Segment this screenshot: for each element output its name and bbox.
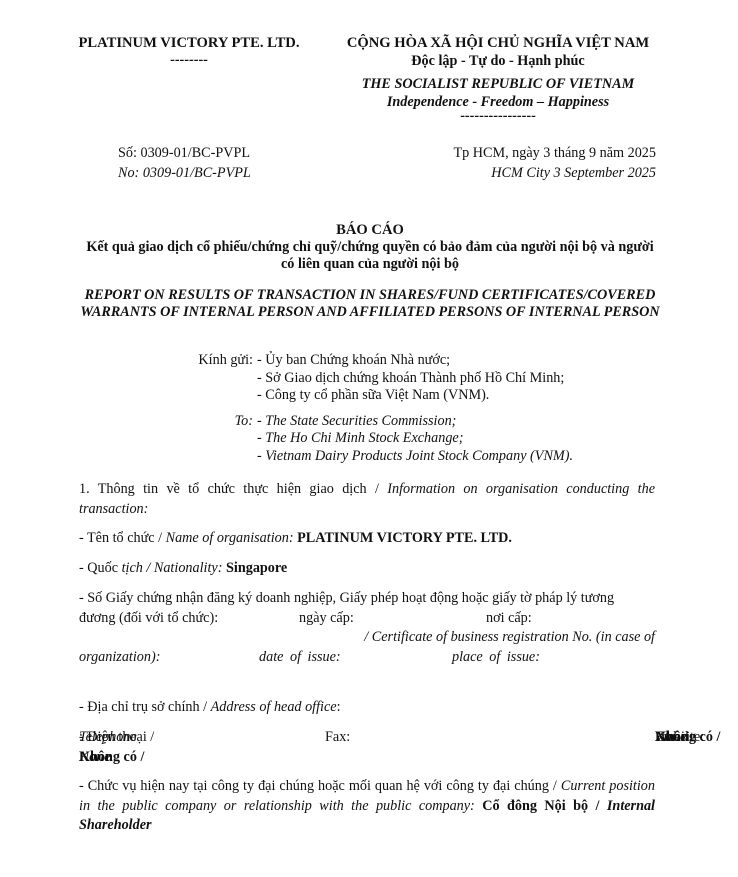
document-date: Tp HCM, ngày 3 tháng 9 năm 2025 HCM City…: [453, 143, 656, 183]
country-name-en: THE SOCIALIST REPUBLIC OF VIETNAM: [328, 74, 668, 94]
website-value-en: None: [79, 748, 111, 768]
nationality-label-en: tịch / Nationality:: [122, 560, 226, 576]
national-header: CỘNG HÒA XÃ HỘI CHỦ NGHĨA VIỆT NAM Độc l…: [328, 33, 668, 122]
position-value-vn: Cổ đông Nội bộ /: [482, 798, 607, 814]
certificate-place-label-en: place of issue:: [452, 648, 540, 668]
nationality-field: - Quốc tịch / Nationality: Singapore: [79, 559, 655, 579]
issuer-company-name: PLATINUM VICTORY PTE. LTD.: [60, 33, 318, 53]
document-number-en: No: 0309-01/BC-PVPL: [118, 163, 251, 183]
country-name-vn: CỘNG HÒA XÃ HỘI CHỦ NGHĨA VIỆT NAM: [328, 33, 668, 53]
nationality-label-vn: - Quốc: [79, 560, 122, 576]
org-name-field: - Tên tổ chức / Name of organisation: PL…: [79, 529, 655, 549]
nationality-value: Singapore: [226, 560, 287, 576]
section-1-heading: 1. Thông tin về tổ chức thực hiện giao d…: [79, 480, 655, 519]
certificate-field: - Số Giấy chứng nhận đăng ký doanh nghiệ…: [79, 589, 655, 667]
motto-divider: ----------------: [328, 110, 668, 122]
recipient-item: - The Ho Chi Minh Stock Exchange;: [257, 430, 573, 448]
contact-field: - Điện thoại / Telephone: Fax: Email: Kh…: [79, 728, 655, 767]
position-field: - Chức vụ hiện nay tại công ty đại chúng…: [79, 777, 655, 836]
recipients-label-en: To:: [175, 413, 257, 466]
recipients-label-vn: Kính gửi:: [175, 352, 257, 405]
recipients-vn: Kính gửi: - Ủy ban Chứng khoán Nhà nước;…: [175, 352, 573, 405]
org-name-label-vn: - Tên tổ chức /: [79, 530, 166, 546]
address-suffix: :: [337, 699, 341, 715]
phone-label-en: Telephone: [79, 728, 137, 748]
certificate-label-en: / Certificate of business registration N…: [364, 628, 655, 648]
recipients-block: Kính gửi: - Ủy ban Chứng khoán Nhà nước;…: [175, 352, 573, 465]
certificate-date-label-vn: ngày cấp:: [299, 609, 354, 629]
recipient-item: - Sở Giao dịch chứng khoán Thành phố Hồ …: [257, 370, 564, 388]
address-label-en: Address of head office: [211, 699, 337, 715]
recipient-item: - Vietnam Dairy Products Joint Stock Com…: [257, 448, 573, 466]
position-label-vn: - Chức vụ hiện nay tại công ty đại chúng…: [79, 778, 561, 794]
phone-suffix: :: [79, 728, 83, 748]
motto-vn: Độc lập - Tự do - Hạnh phúc: [328, 53, 668, 69]
recipient-item: - Ủy ban Chứng khoán Nhà nước;: [257, 352, 564, 370]
report-subtitle-vn: Kết quả giao dịch cổ phiếu/chứng chỉ quỹ…: [60, 239, 680, 273]
section-1-heading-vn: 1. Thông tin về tổ chức thực hiện giao d…: [79, 481, 387, 497]
address-field: - Địa chỉ trụ sở chính / Address of head…: [79, 698, 655, 718]
recipient-item: - The State Securities Commission;: [257, 413, 573, 431]
certificate-label-en-2: organization):: [79, 648, 160, 668]
org-name-label-en: Name of organisation:: [166, 530, 298, 546]
certificate-date-label-en: date of issue:: [259, 648, 341, 668]
recipients-en: To: - The State Securities Commission; -…: [175, 413, 573, 466]
fax-label: Fax:: [325, 728, 350, 748]
document-date-vn: Tp HCM, ngày 3 tháng 9 năm 2025: [453, 143, 656, 163]
document-date-en: HCM City 3 September 2025: [453, 163, 656, 183]
document-number-vn: Số: 0309-01/BC-PVPL: [118, 143, 251, 163]
report-subtitle-en: REPORT ON RESULTS OF TRANSACTION IN SHAR…: [60, 287, 680, 321]
org-name-value: PLATINUM VICTORY PTE. LTD.: [297, 530, 512, 546]
address-label-vn: - Địa chỉ trụ sở chính /: [79, 699, 211, 715]
certificate-place-label-vn: nơi cấp:: [486, 609, 532, 629]
website-label: Website:: [655, 728, 704, 748]
recipient-item: - Công ty cổ phần sữa Việt Nam (VNM).: [257, 387, 564, 405]
issuer-header: PLATINUM VICTORY PTE. LTD. --------: [60, 33, 318, 67]
issuer-divider: --------: [60, 53, 318, 67]
certificate-label-vn: - Số Giấy chứng nhận đăng ký doanh nghiệ…: [79, 589, 614, 609]
document-number: Số: 0309-01/BC-PVPL No: 0309-01/BC-PVPL: [118, 143, 251, 183]
report-title-main: BÁO CÁO: [60, 221, 680, 239]
certificate-label-vn-2: đương (đối với tổ chức):: [79, 609, 218, 629]
report-title: BÁO CÁO Kết quả giao dịch cổ phiếu/chứng…: [60, 221, 680, 273]
